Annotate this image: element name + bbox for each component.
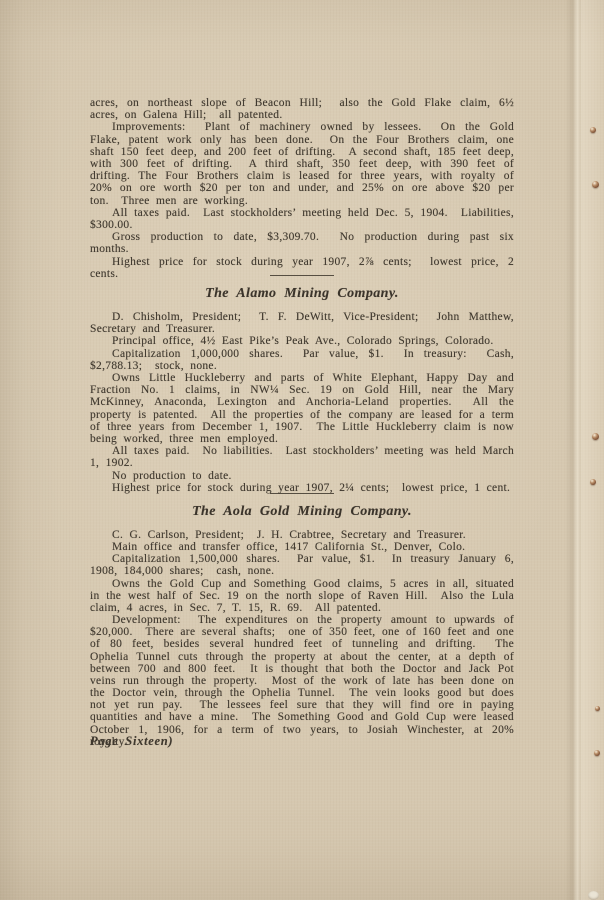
paragraph: All taxes paid. No liabilities. Last sto…	[90, 445, 514, 469]
paragraph: Capitalization 1,000,000 shares. Par val…	[90, 348, 514, 372]
paragraph: Main office and transfer office, 1417 Ca…	[90, 541, 514, 553]
foxing-spot	[594, 750, 600, 756]
section-alamo-mining-company: The Alamo Mining Company. D. Chisholm, P…	[90, 270, 514, 494]
paragraph: Gross production to date, $3,309.70. No …	[90, 231, 514, 255]
page-crease	[565, 0, 582, 900]
section-aola-gold-mining-company: The Aola Gold Mining Company. C. G. Carl…	[90, 488, 514, 748]
section-body: D. Chisholm, President; T. F. DeWitt, Vi…	[90, 311, 514, 494]
page-edge-highlight	[581, 0, 604, 900]
paragraph: acres, on northeast slope of Beacon Hill…	[90, 97, 514, 121]
paper-chip-mark	[588, 891, 599, 900]
scanned-book-page: acres, on northeast slope of Beacon Hill…	[0, 0, 604, 900]
foxing-spot	[592, 181, 599, 188]
section-divider	[270, 275, 334, 276]
section-heading-aola: The Aola Gold Mining Company.	[90, 503, 514, 520]
paragraph: No production to date.	[90, 470, 514, 482]
paragraph: D. Chisholm, President; T. F. DeWitt, Vi…	[90, 311, 514, 335]
paragraph: Principal office, 4½ East Pike’s Peak Av…	[90, 335, 514, 347]
foxing-spot	[595, 706, 600, 711]
page-number: Page Sixteen)	[90, 734, 173, 749]
section-heading-alamo: The Alamo Mining Company.	[90, 285, 514, 302]
paragraph: Development: The expenditures on the pro…	[90, 614, 514, 748]
paragraph: C. G. Carlson, President; J. H. Crabtree…	[90, 529, 514, 541]
paragraph: Capitalization 1,500,000 shares. Par val…	[90, 553, 514, 577]
foxing-spot	[592, 433, 599, 440]
paragraph: Improvements: Plant of machinery owned b…	[90, 121, 514, 206]
paragraph: Owns Little Huckleberry and parts of Whi…	[90, 372, 514, 445]
section-body: C. G. Carlson, President; J. H. Crabtree…	[90, 529, 514, 748]
paragraph: All taxes paid. Last stockholders’ meeti…	[90, 207, 514, 231]
foxing-spot	[590, 127, 596, 133]
section-divider	[270, 493, 334, 494]
paragraph: Owns the Gold Cup and Something Good cla…	[90, 578, 514, 614]
section-gold-flake-continuation: acres, on northeast slope of Beacon Hill…	[90, 97, 514, 280]
foxing-spot	[590, 479, 596, 485]
